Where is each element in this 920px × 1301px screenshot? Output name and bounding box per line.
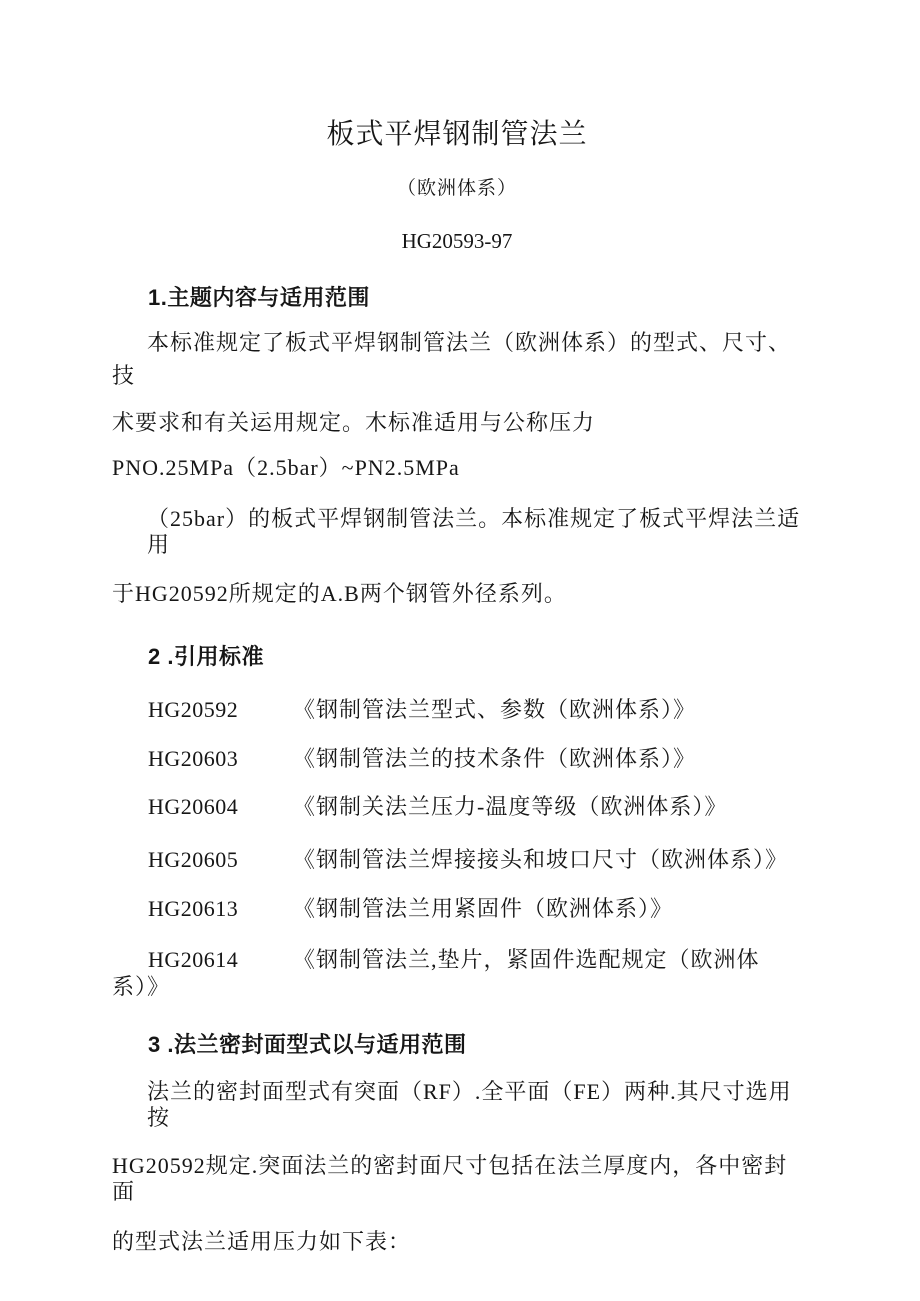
reference-code: HG20613: [148, 896, 293, 922]
reference-row: HG20603 《钢制管法兰的技术条件（欧洲体系）》: [112, 746, 802, 772]
reference-row: HG20605 《钢制管法兰焊接接头和坡口尺寸（欧洲体系）》: [112, 847, 802, 873]
reference-code: HG20603: [148, 746, 293, 772]
reference-title: 《钢制管法兰用紧固件（欧洲体系）》: [293, 896, 673, 922]
section2-heading: 2 .引用标准: [112, 644, 802, 670]
reference-title: 《钢制管法兰型式、参数（欧洲体系）》: [293, 697, 696, 723]
doc-title: 板式平焊钢制管法兰: [112, 118, 802, 152]
reference-row: HG20614 《钢制管法兰,垫片，紧固件选配规定（欧洲体: [112, 947, 802, 973]
doc-subtitle: （欧洲体系）: [112, 177, 802, 201]
section1-heading: 1.主题内容与适用范围: [112, 285, 802, 311]
section3-line: 的型式法兰适用压力如下表：: [112, 1229, 802, 1255]
section1-line: PNO.25MPa（2.5bar）~PN2.5MPa: [112, 455, 802, 481]
section1-line: 术要求和有关运用规定。木标准适用与公称压力: [112, 410, 802, 436]
section3-line: HG20592规定.突面法兰的密封面尺寸包括在法兰厚度内，各中密封面: [112, 1153, 802, 1205]
reference-code: HG20614: [148, 947, 293, 973]
section1-line: （25bar）的板式平焊钢制管法兰。本标准规定了板式平焊法兰适用: [112, 506, 802, 558]
standard-code: HG20593-97: [112, 229, 802, 253]
reference-title: 《钢制管法兰,垫片，紧固件选配规定（欧洲体: [293, 947, 760, 973]
reference-code: HG20604: [148, 794, 293, 820]
section1-line: 技: [112, 363, 802, 389]
reference-row: HG20613 《钢制管法兰用紧固件（欧洲体系）》: [112, 896, 802, 922]
reference-title-wrap: 系）》: [112, 974, 802, 1000]
section3-line: 法兰的密封面型式有突面（RF）.全平面（FE）两种.其尺寸选用按: [112, 1079, 802, 1131]
reference-title: 《钢制管法兰的技术条件（欧洲体系）》: [293, 746, 696, 772]
reference-row: HG20604 《钢制关法兰压力-温度等级（欧洲体系）》: [112, 794, 802, 820]
document-page: 板式平焊钢制管法兰 （欧洲体系） HG20593-97 1.主题内容与适用范围 …: [0, 0, 920, 1301]
reference-title: 《钢制关法兰压力-温度等级（欧洲体系）》: [293, 794, 727, 820]
section1-line: 于HG20592所规定的A.B两个钢管外径系列。: [112, 581, 802, 607]
section3-heading: 3 .法兰密封面型式以与适用范围: [112, 1032, 802, 1058]
reference-title: 《钢制管法兰焊接接头和坡口尺寸（欧洲体系）》: [293, 847, 788, 873]
reference-code: HG20592: [148, 697, 293, 723]
reference-code: HG20605: [148, 847, 293, 873]
section1-line: 本标准规定了板式平焊钢制管法兰（欧洲体系）的型式、尺寸、: [112, 330, 802, 356]
reference-row: HG20592 《钢制管法兰型式、参数（欧洲体系）》: [112, 697, 802, 723]
